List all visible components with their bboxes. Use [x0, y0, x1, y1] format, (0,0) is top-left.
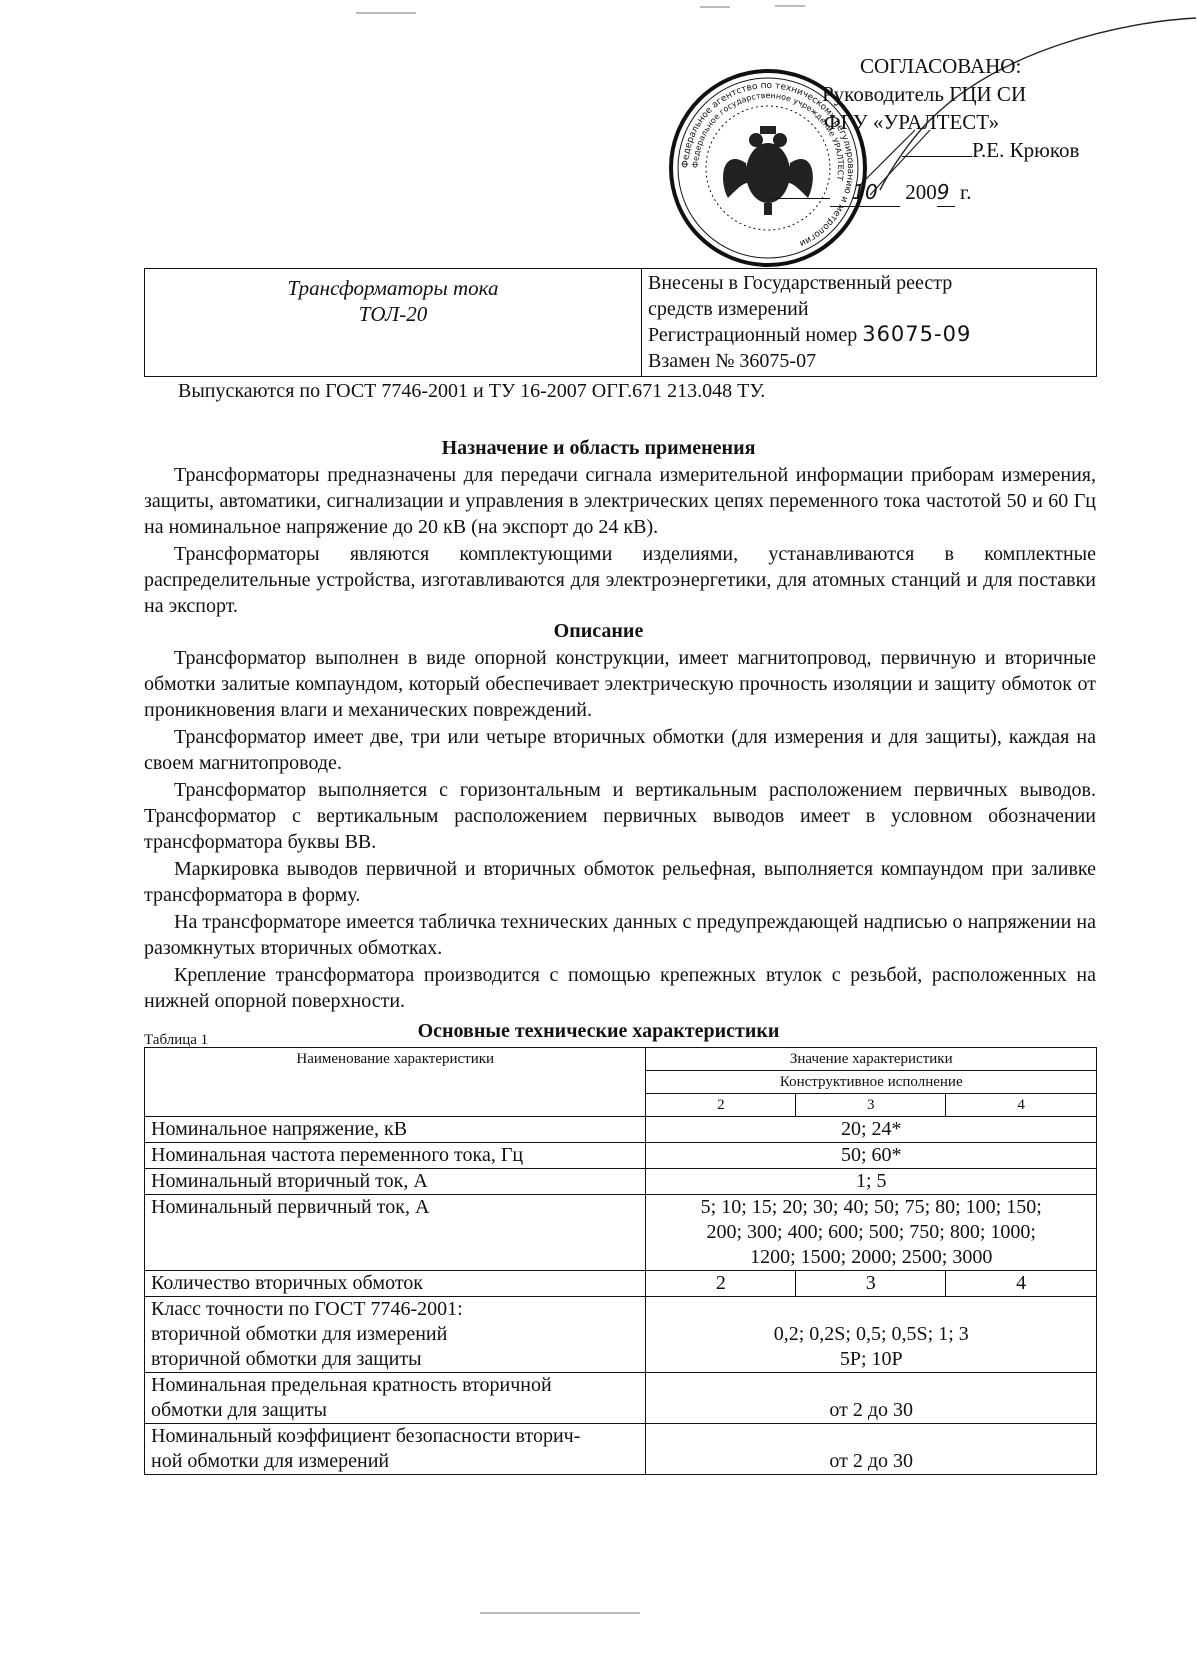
- description-paragraph-1: Трансформатор выполнен в виде опорной ко…: [144, 645, 1096, 723]
- row-value-2: 2: [646, 1271, 796, 1297]
- approval-heading: СОГЛАСОВАНО:: [840, 52, 1079, 80]
- row-value: 0,2; 0,2S; 0,5; 0,5S; 1; 3 5P; 10P: [646, 1297, 1097, 1373]
- signature-line: [902, 156, 972, 157]
- variant-4: 4: [946, 1094, 1097, 1117]
- standards-line: Выпускаются по ГОСТ 7746-2001 и ТУ 16-20…: [178, 380, 765, 403]
- row-name: Количество вторичных обмоток: [145, 1271, 646, 1297]
- registry-cell: Внесены в Государственный реестр средств…: [642, 269, 1096, 376]
- specs-table: Наименование характеристики Значение хар…: [144, 1047, 1097, 1475]
- paragraph-text: Трансформаторы являются комплектующими и…: [144, 543, 1096, 617]
- name-line: Номинальная предельная кратность вторичн…: [151, 1373, 639, 1398]
- date-suffix: г.: [960, 180, 972, 204]
- paragraph-text: Трансформатор имеет две, три или четыре …: [144, 726, 1096, 774]
- date-year-prefix: 200: [905, 180, 937, 204]
- approval-date: 10 2009 г.: [770, 178, 1079, 207]
- paragraph-text: Крепление трансформатора производится с …: [144, 964, 1096, 1012]
- value-line: 5P; 10P: [652, 1347, 1090, 1372]
- reg-number-label: Регистрационный номер: [648, 324, 857, 346]
- scan-artifact: [480, 1612, 640, 1614]
- row-value-3: 3: [796, 1271, 946, 1297]
- row-name: Номинальный первичный ток, А: [145, 1195, 646, 1271]
- paragraph-text: Трансформатор выполнен в виде опорной ко…: [144, 647, 1096, 721]
- description-paragraph-5: На трансформаторе имеется табличка техни…: [144, 909, 1096, 961]
- table-row: Номинальное напряжение, кВ 20; 24*: [145, 1117, 1097, 1143]
- approval-signatory: Р.Е. Крюков: [902, 136, 1079, 164]
- table-row: Класс точности по ГОСТ 7746-2001: вторич…: [145, 1297, 1097, 1373]
- table-row: Номинальная частота переменного тока, Гц…: [145, 1143, 1097, 1169]
- row-value: 1; 5: [646, 1169, 1097, 1195]
- product-type: Трансформаторы тока: [145, 275, 641, 301]
- approval-position: Руководитель ГЦИ СИ: [822, 80, 1079, 108]
- section-title-purpose: Назначение и область применения: [0, 437, 1197, 460]
- table-row: Номинальный вторичный ток, А 1; 5: [145, 1169, 1097, 1195]
- registry-line-1: Внесены в Государственный реестр: [648, 271, 1096, 297]
- row-value: 50; 60*: [646, 1143, 1097, 1169]
- paragraph-text: Трансформатор выполняется с горизонтальн…: [144, 779, 1096, 853]
- table-row: Номинальный первичный ток, А 5; 10; 15; …: [145, 1195, 1097, 1271]
- col-header-name: Наименование характеристики: [145, 1048, 646, 1117]
- reg-number-value: 36075-09: [862, 322, 971, 346]
- paragraph-text: На трансформаторе имеется табличка техни…: [144, 911, 1096, 959]
- description-paragraph-4: Маркировка выводов первичной и вторичных…: [144, 856, 1096, 908]
- value-line: 5; 10; 15; 20; 30; 40; 50; 75; 80; 100; …: [652, 1195, 1090, 1220]
- date-day-line: [770, 198, 830, 199]
- date-month: 10: [852, 180, 877, 204]
- product-title-cell: Трансформаторы тока ТОЛ-20: [145, 269, 642, 376]
- name-line: обмотки для защиты: [151, 1398, 639, 1423]
- name-line: Класс точности по ГОСТ 7746-2001:: [151, 1297, 639, 1322]
- row-name: Номинальный вторичный ток, А: [145, 1169, 646, 1195]
- row-name: Номинальная предельная кратность вторичн…: [145, 1373, 646, 1424]
- description-paragraph-2: Трансформатор имеет две, три или четыре …: [144, 724, 1096, 776]
- replaces-number: Взамен № 36075-07: [648, 349, 1096, 375]
- row-value: от 2 до 30: [646, 1373, 1097, 1424]
- row-value: 20; 24*: [646, 1117, 1097, 1143]
- value-line: 200; 300; 400; 600; 500; 750; 800; 1000;: [652, 1220, 1090, 1245]
- table-row: Количество вторичных обмоток 2 3 4: [145, 1271, 1097, 1297]
- product-model: ТОЛ-20: [145, 301, 641, 327]
- product-header-table: Трансформаторы тока ТОЛ-20 Внесены в Гос…: [144, 268, 1097, 377]
- purpose-paragraph-1: Трансформаторы предназначены для передач…: [144, 462, 1096, 540]
- row-value-4: 4: [946, 1271, 1097, 1297]
- row-name: Номинальное напряжение, кВ: [145, 1117, 646, 1143]
- description-paragraph-6: Крепление трансформатора производится с …: [144, 962, 1096, 1014]
- paragraph-text: Маркировка выводов первичной и вторичных…: [144, 858, 1096, 906]
- row-value: 5; 10; 15; 20; 30; 40; 50; 75; 80; 100; …: [646, 1195, 1097, 1271]
- row-name: Номинальный коэффициент безопасности вто…: [145, 1424, 646, 1475]
- variant-3: 3: [796, 1094, 946, 1117]
- section-title-description: Описание: [0, 620, 1197, 643]
- table-row: Номинальная предельная кратность вторичн…: [145, 1373, 1097, 1424]
- name-line: Номинальный коэффициент безопасности вто…: [151, 1424, 639, 1449]
- scan-artifact: [356, 12, 416, 14]
- approval-block: СОГЛАСОВАНО: Руководитель ГЦИ СИ ФГУ «УР…: [840, 52, 1079, 207]
- col-header-value: Значение характеристики: [646, 1048, 1097, 1071]
- row-value: от 2 до 30: [646, 1424, 1097, 1475]
- table-row: Номинальный коэффициент безопасности вто…: [145, 1424, 1097, 1475]
- scan-artifact: [775, 5, 805, 7]
- registration-number: Регистрационный номер 36075-09: [648, 322, 1096, 349]
- registry-line-2: средств измерений: [648, 297, 1096, 323]
- name-line: вторичной обмотки для измерений: [151, 1322, 639, 1347]
- name-line: вторичной обмотки для защиты: [151, 1347, 639, 1372]
- signatory-name: Р.Е. Крюков: [972, 138, 1079, 162]
- name-line: ной обмотки для измерений: [151, 1449, 639, 1474]
- value-line: 1200; 1500; 2000; 2500; 3000: [652, 1245, 1090, 1270]
- col-subheader: Конструктивное исполнение: [646, 1071, 1097, 1094]
- scan-artifact: [700, 6, 730, 8]
- paragraph-text: Трансформаторы предназначены для передач…: [144, 464, 1096, 538]
- approval-organization: ФГУ «УРАЛТЕСТ»: [824, 108, 1079, 136]
- description-paragraph-3: Трансформатор выполняется с горизонтальн…: [144, 777, 1096, 855]
- date-year-digit: 9: [937, 178, 955, 207]
- row-name: Класс точности по ГОСТ 7746-2001: вторич…: [145, 1297, 646, 1373]
- variant-2: 2: [646, 1094, 796, 1117]
- purpose-paragraph-2: Трансформаторы являются комплектующими и…: [144, 541, 1096, 619]
- value-line: 0,2; 0,2S; 0,5; 0,5S; 1; 3: [652, 1322, 1090, 1347]
- row-name: Номинальная частота переменного тока, Гц: [145, 1143, 646, 1169]
